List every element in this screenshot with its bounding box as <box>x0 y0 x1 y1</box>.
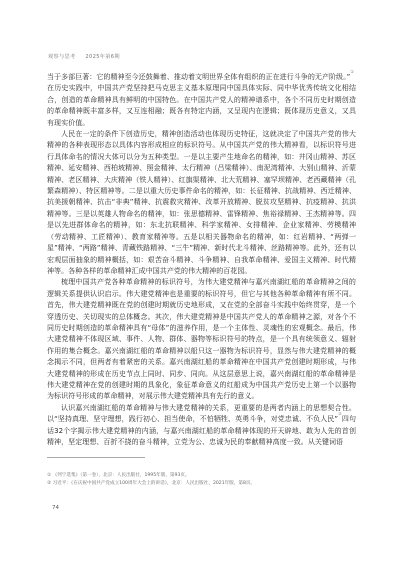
paragraph-text: 当于多部巨著：它的精神至今还鼓舞着、推动着文明世界全体有组织的正在进行斗争的无产… <box>47 73 350 81</box>
paragraph-text: 认识嘉兴南湖红船的革命精神与伟大建党精神的关系，更重要的是两者内涵上的思想契合性… <box>47 404 356 423</box>
journal-name: 观察与思考 <box>48 54 75 60</box>
paragraph: 人民在一定的条件下创造历史，精神创造活动也体现历史特征，这就决定了中国共产党的伟… <box>47 129 356 277</box>
paragraph-text: 在历史实践中，中国共产党坚持把马克思主义基本原理同中国具体实际、同中华优秀传统文… <box>47 84 356 126</box>
footnote: ① 《列宁选集》（第一卷），北京：人民出版社，1995年版，第93页。 <box>47 472 347 480</box>
running-header: 观察与思考 2025年第6期 <box>48 53 128 60</box>
footnotes: ① 《列宁选集》（第一卷），北京：人民出版社，1995年版，第93页。 ② 习近… <box>47 472 347 488</box>
page-number: 74 <box>52 505 59 511</box>
article-body: 当于多部巨著：它的精神至今还鼓舞着、推动着文明世界全体有组织的正在进行斗争的无产… <box>47 72 356 448</box>
paragraph: 梳理中国共产党各种革命精神的标识符号，为伟大建党精神与嘉兴南湖红船的革命精神之间… <box>47 277 356 402</box>
issue-label: 2025年第6期 <box>85 54 119 60</box>
paragraph: 当于多部巨著：它的精神至今还鼓舞着、推动着文明世界全体有组织的正在进行斗争的无产… <box>47 72 356 129</box>
footnote-ref[interactable]: ① <box>350 69 354 74</box>
footnote-divider <box>47 457 145 458</box>
paragraph: 认识嘉兴南湖红船的革命精神与伟大建党精神的关系，更重要的是两者内涵上的思想契合性… <box>47 403 356 449</box>
footnote: ② 习近平：《在庆祝中国共产党成立100周年大会上的讲话》，北京：人民出版社，2… <box>47 480 347 488</box>
